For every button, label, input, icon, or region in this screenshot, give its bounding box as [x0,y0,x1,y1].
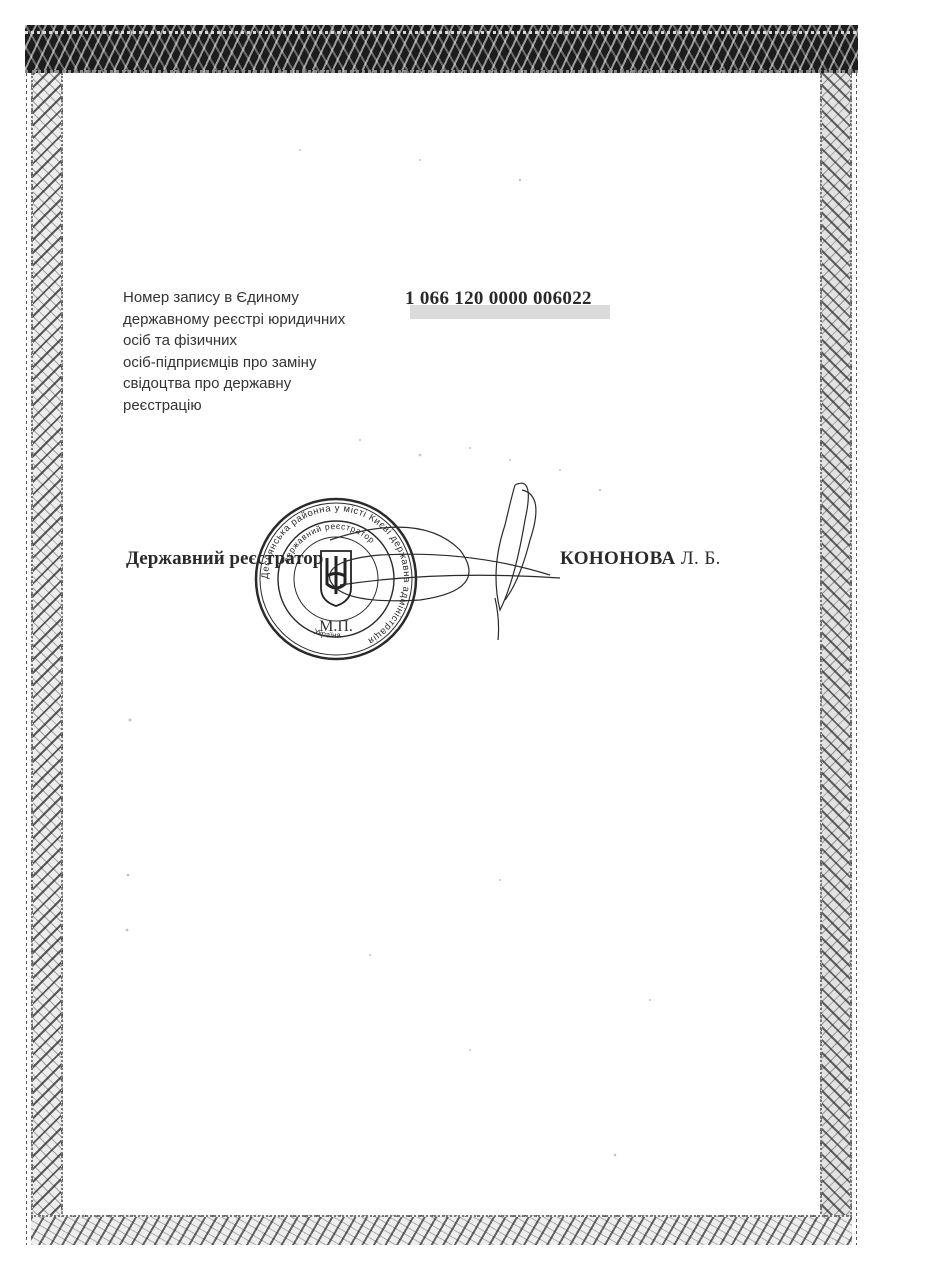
frame-left-band [31,73,63,1245]
frame-rule [26,73,27,1245]
record-label-line: реєстрацію [123,395,383,417]
record-number: 1 066 120 0000 006022 [405,288,592,310]
registrar-name: КОНОНОВА Л. Б. [560,548,721,570]
record-label-line: свідоцтва про державну [123,373,383,395]
frame-rule [856,73,857,1245]
record-label-line: державному реєстрі юридичних [123,309,383,331]
registrar-surname: КОНОНОВА [560,548,676,569]
frame-top-band [25,25,858,73]
record-label: Номер запису в Єдиному державному реєстр… [123,287,383,416]
record-label-line: Номер запису в Єдиному [123,287,383,309]
signature-icon [300,470,570,650]
record-label-line: осіб-підприємців про заміну [123,352,383,374]
registrar-initials: Л. Б. [681,548,721,569]
frame-right-band [820,73,852,1245]
record-label-line: осіб та фізичних [123,330,383,352]
frame-bottom-band [31,1215,852,1245]
